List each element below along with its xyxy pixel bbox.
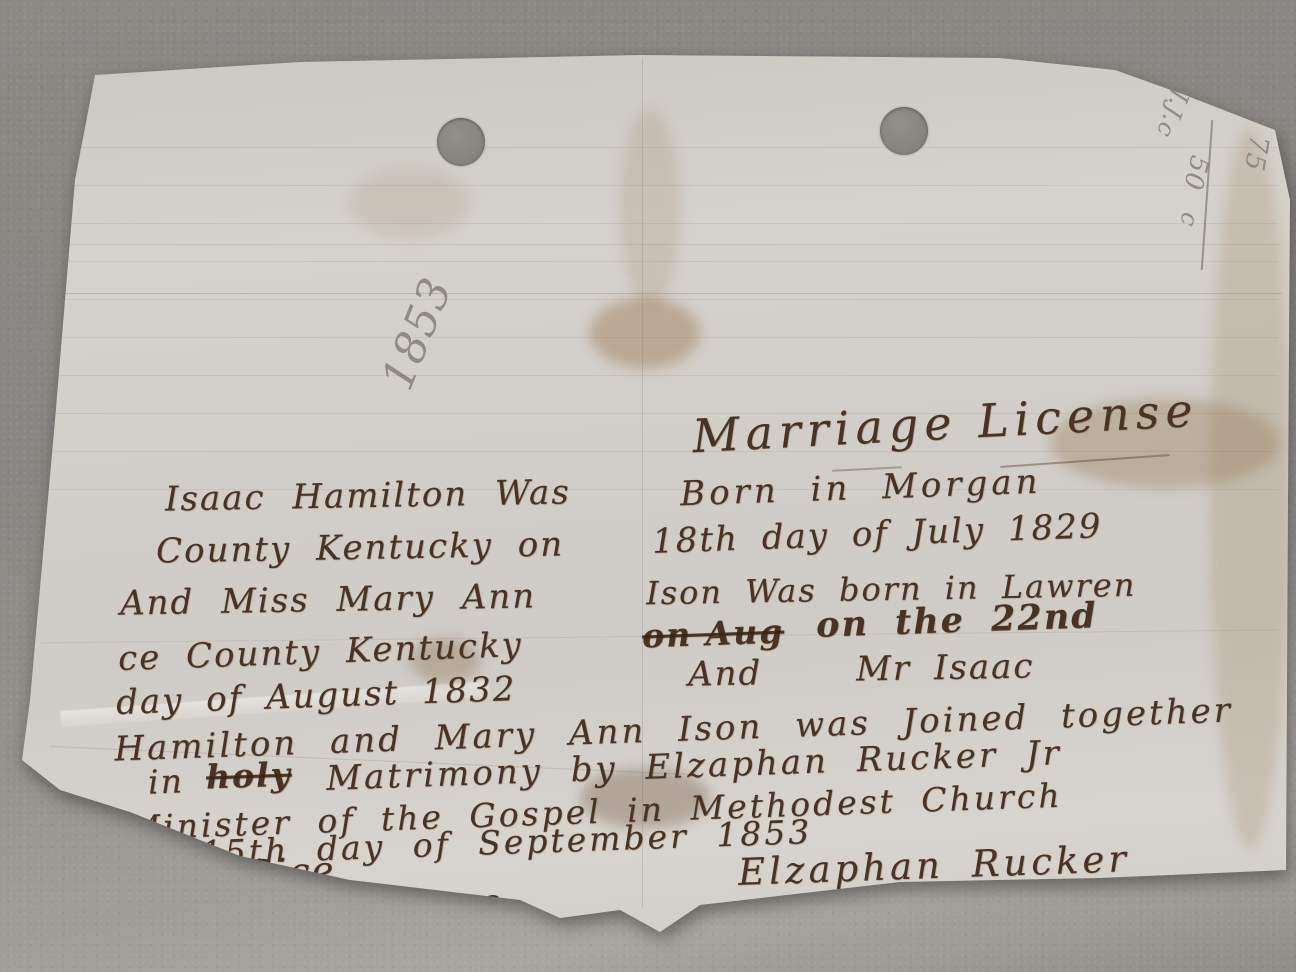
body-line: And Miss Mary Ann [120, 576, 537, 623]
body-line: And [688, 653, 763, 694]
body-line: on the 22nd [815, 595, 1098, 646]
stain [590, 298, 700, 368]
body-word: in [147, 761, 184, 801]
body-line: County Kentucky on [156, 524, 565, 571]
witness-signature: Charles S. Adams [149, 882, 502, 934]
fold-stain [620, 108, 680, 308]
punch-hole-left [437, 118, 485, 166]
document-paper: 1853 J.J.c 75 50 c Marriage License Isaa… [20, 48, 1292, 948]
paper-wrapper: 1853 J.J.c 75 50 c Marriage License Isaa… [20, 48, 1292, 948]
corner-pencil-mark: 75 [1238, 133, 1275, 174]
edge-stain [1210, 128, 1290, 848]
struck-out-words: on Aug [641, 612, 784, 656]
body-line: Isaac Hamilton Was [165, 472, 571, 519]
struck-out-word: holy [205, 755, 292, 797]
witness-signature: Jacob Rice [107, 848, 337, 903]
witness-label: Test [49, 840, 122, 879]
body-line: Mr Isaac [856, 646, 1035, 689]
body-line: 18th day of July 1829 [651, 506, 1103, 562]
punch-hole-right [880, 107, 928, 155]
photo-of-document: 1853 J.J.c 75 50 c Marriage License Isaa… [0, 0, 1296, 972]
body-line: day of August 1832 [115, 669, 517, 723]
stain [350, 168, 470, 238]
